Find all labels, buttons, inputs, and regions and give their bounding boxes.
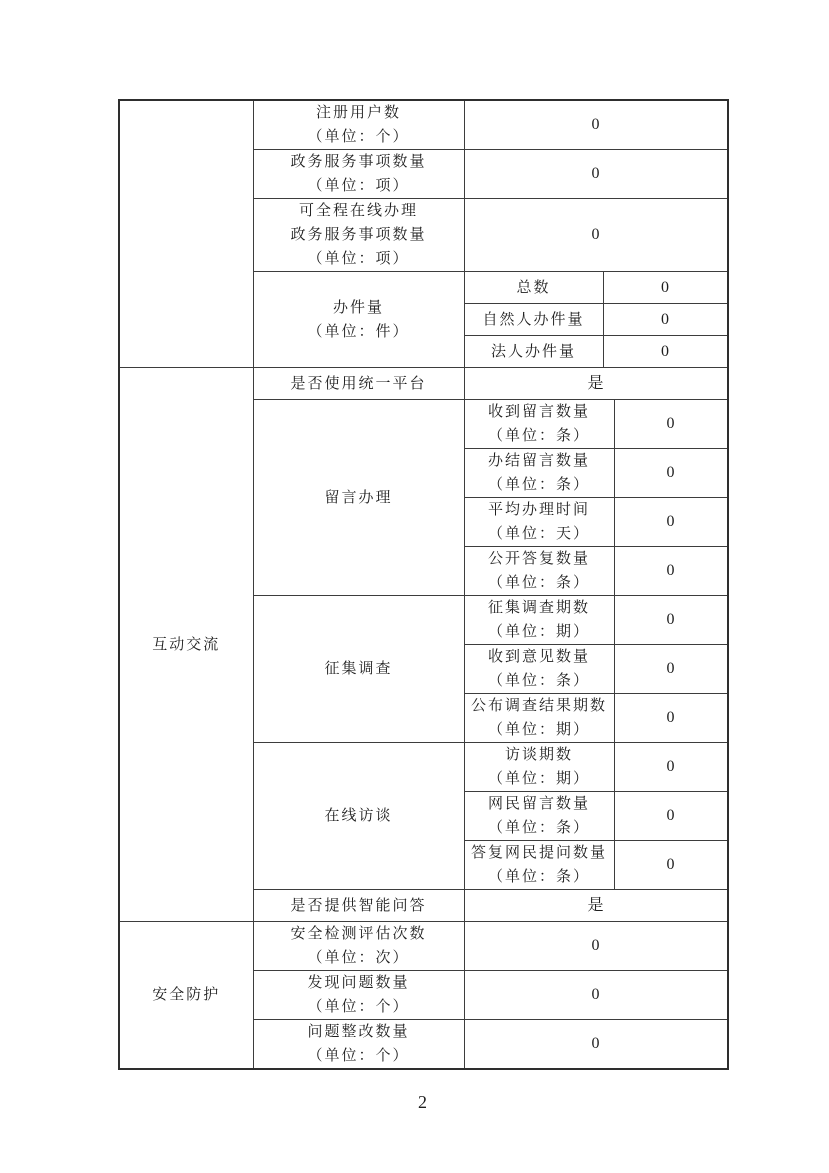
label-line: （单位：条） [465,571,614,595]
label-line: 可全程在线办理 [254,199,464,223]
value-cell: 0 [464,150,728,199]
table-row: 互动交流是否使用统一平台是 [119,368,728,400]
group-label: 征集调查 [253,596,464,743]
label-line: （单位：件） [254,320,464,344]
label-line: 自然人办件量 [465,308,603,332]
table-row: 注册用户数（单位：个）0 [119,100,728,150]
subrow-label: 访谈期数（单位：期） [464,743,614,792]
row-label: 是否提供智能问答 [253,890,464,922]
value-cell: 0 [464,1020,728,1070]
label-line: 办结留言数量 [465,449,614,473]
label-line: 注册用户数 [254,101,464,125]
label-line: 收到意见数量 [465,645,614,669]
label-line: 征集调查期数 [465,596,614,620]
group-label: 留言办理 [253,400,464,596]
value-cell: 0 [464,100,728,150]
label-line: 收到留言数量 [465,400,614,424]
subrow-label: 法人办件量 [464,336,603,368]
label-line: （单位：个） [254,1044,464,1068]
value-cell: 0 [464,922,728,971]
label-line: （单位：条） [465,473,614,497]
subrow-label: 网民留言数量（单位：条） [464,792,614,841]
subrow-label: 办结留言数量（单位：条） [464,449,614,498]
label-line: 网民留言数量 [465,792,614,816]
section-label: 互动交流 [119,368,253,922]
subrow-label: 收到留言数量（单位：条） [464,400,614,449]
value-cell: 0 [603,336,728,368]
subrow-label: 总数 [464,272,603,304]
label-line: （单位：项） [254,174,464,198]
subrow-label: 答复网民提问数量（单位：条） [464,841,614,890]
label-line: （单位：期） [465,767,614,791]
label-line: （单位：条） [465,669,614,693]
row-label: 可全程在线办理政务服务事项数量（单位：项） [253,199,464,272]
label-line: 征集调查 [254,657,464,681]
row-label: 政务服务事项数量（单位：项） [253,150,464,199]
value-cell: 0 [464,199,728,272]
value-cell: 0 [614,792,728,841]
value-cell: 0 [614,547,728,596]
value-cell: 0 [464,971,728,1020]
label-line: 留言办理 [254,486,464,510]
subrow-label: 自然人办件量 [464,304,603,336]
value-cell: 0 [614,841,728,890]
value-cell: 0 [614,743,728,792]
label-line: 法人办件量 [465,340,603,364]
label-line: （单位：个） [254,125,464,149]
label-line: 公布调查结果期数 [465,694,614,718]
label-line: 是否使用统一平台 [254,372,464,396]
label-line: （单位：条） [465,424,614,448]
row-label: 是否使用统一平台 [253,368,464,400]
page-number: 2 [118,1092,727,1113]
label-line: （单位：次） [254,946,464,970]
subrow-label: 公开答复数量（单位：条） [464,547,614,596]
label-line: （单位：条） [465,865,614,889]
value-cell: 是 [464,368,728,400]
value-cell: 0 [614,400,728,449]
label-line: （单位：天） [465,522,614,546]
label-line: （单位：条） [465,816,614,840]
label-line: 平均办理时间 [465,498,614,522]
subrow-label: 公布调查结果期数（单位：期） [464,694,614,743]
label-line: 政务服务事项数量 [254,223,464,247]
label-line: 在线访谈 [254,804,464,828]
row-label: 问题整改数量（单位：个） [253,1020,464,1070]
label-line: （单位：期） [465,620,614,644]
row-label: 发现问题数量（单位：个） [253,971,464,1020]
value-cell: 是 [464,890,728,922]
value-cell: 0 [614,596,728,645]
value-cell: 0 [603,304,728,336]
label-line: 答复网民提问数量 [465,841,614,865]
value-cell: 0 [614,449,728,498]
label-line: 总数 [465,276,603,300]
label-line: （单位：个） [254,995,464,1019]
subrow-label: 征集调查期数（单位：期） [464,596,614,645]
label-line: （单位：期） [465,718,614,742]
group-label: 在线访谈 [253,743,464,890]
row-label: 注册用户数（单位：个） [253,100,464,150]
row-label: 安全检测评估次数（单位：次） [253,922,464,971]
table-row: 安全防护安全检测评估次数（单位：次）0 [119,922,728,971]
label-line: 公开答复数量 [465,547,614,571]
group-label: 办件量（单位：件） [253,272,464,368]
label-line: 是否提供智能问答 [254,894,464,918]
label-line: 发现问题数量 [254,971,464,995]
subrow-label: 收到意见数量（单位：条） [464,645,614,694]
label-line: 办件量 [254,296,464,320]
value-cell: 0 [603,272,728,304]
section-label [119,100,253,368]
value-cell: 0 [614,498,728,547]
label-line: 访谈期数 [465,743,614,767]
statistics-table: 注册用户数（单位：个）0政务服务事项数量（单位：项）0可全程在线办理政务服务事项… [118,99,729,1070]
subrow-label: 平均办理时间（单位：天） [464,498,614,547]
label-line: 安全检测评估次数 [254,922,464,946]
label-line: 问题整改数量 [254,1020,464,1044]
value-cell: 0 [614,694,728,743]
section-label: 安全防护 [119,922,253,1070]
label-line: 政务服务事项数量 [254,150,464,174]
value-cell: 0 [614,645,728,694]
label-line: （单位：项） [254,247,464,271]
